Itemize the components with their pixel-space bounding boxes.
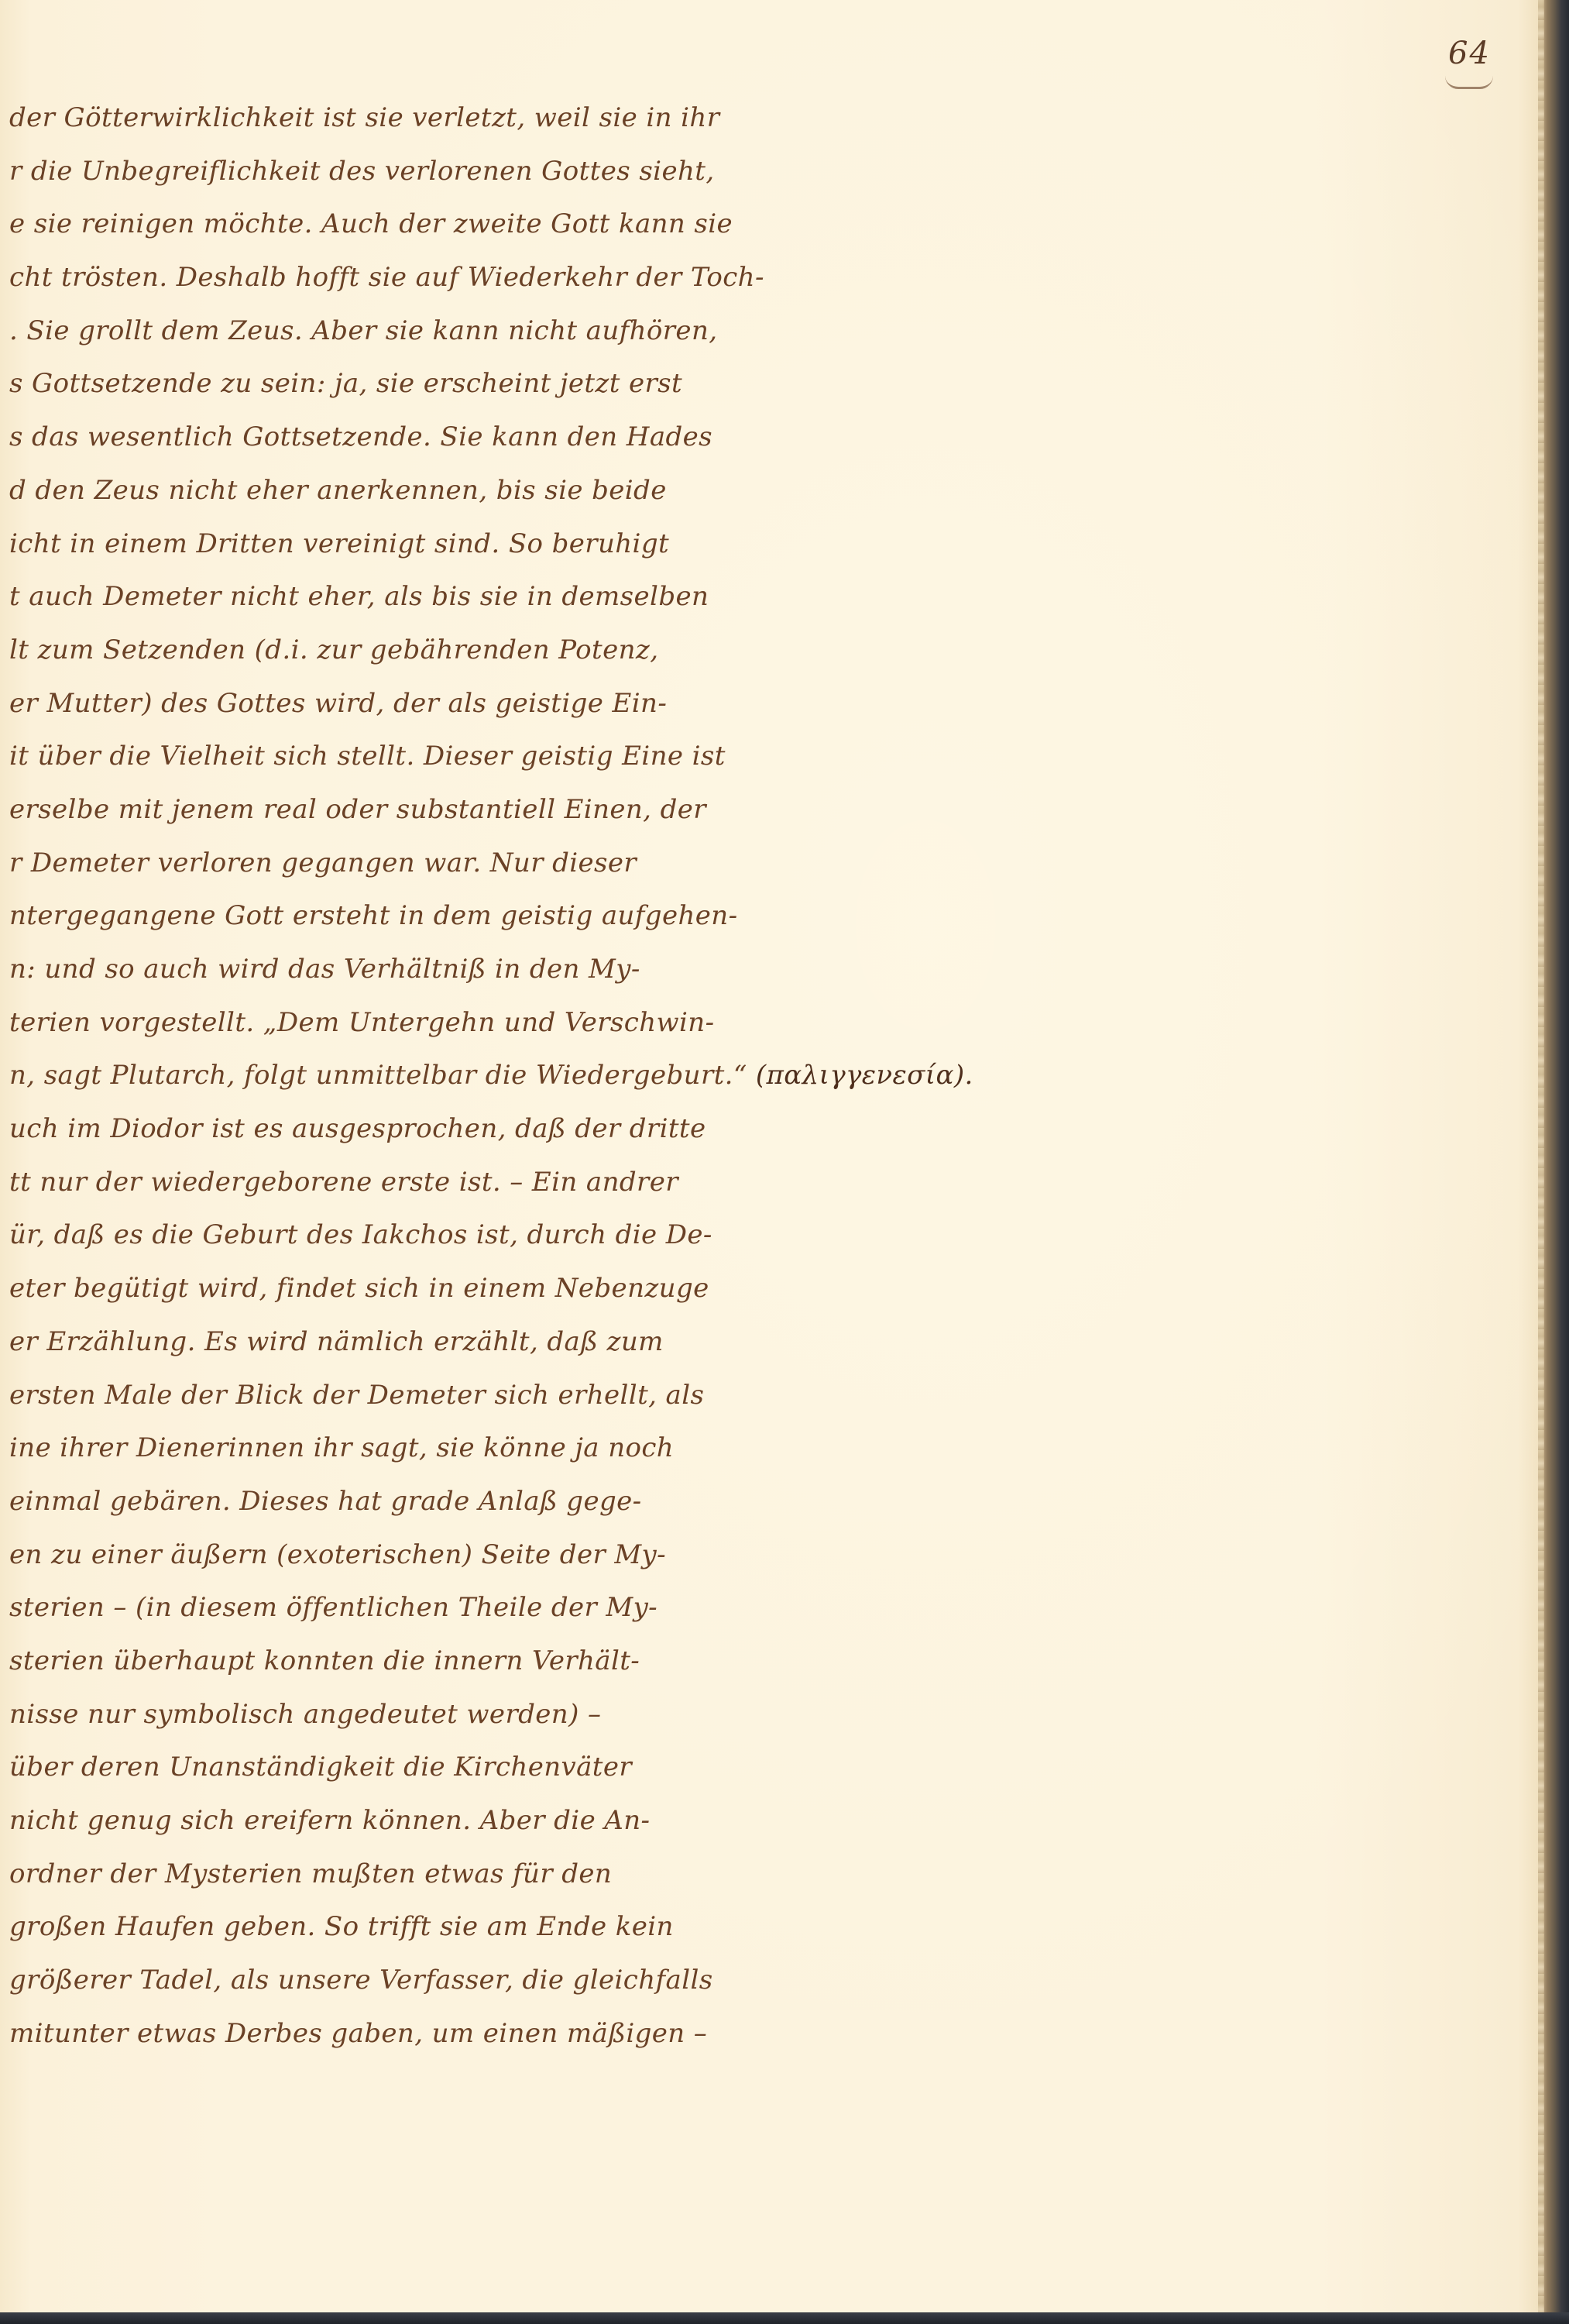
manuscript-line-36: größerer Tadel, als unsere Verfasser, di… bbox=[9, 1954, 1093, 2007]
manuscript-line-5: . Sie grollt dem Zeus. Aber sie kann nic… bbox=[9, 304, 1093, 358]
manuscript-line-37: mitunter etwas Derbes gaben, um einen mä… bbox=[9, 2007, 1093, 2061]
manuscript-line-7: s das wesentlich Gottsetzende. Sie kann … bbox=[9, 411, 1093, 464]
frayed-paper-edge bbox=[1538, 0, 1544, 2312]
manuscript-line-15: r Demeter verloren gegangen war. Nur die… bbox=[9, 837, 1093, 890]
manuscript-line-24: er Erzählung. Es wird nämlich erzählt, d… bbox=[9, 1315, 1093, 1369]
manuscript-line-10: t auch Demeter nicht eher, als bis sie i… bbox=[9, 570, 1093, 624]
manuscript-line-2: r die Unbegreiflichkeit des verlorenen G… bbox=[9, 145, 1093, 198]
manuscript-line-8: d den Zeus nicht eher anerkennen, bis si… bbox=[9, 464, 1093, 517]
manuscript-line-9: icht in einem Dritten vereinigt sind. So… bbox=[9, 517, 1093, 571]
manuscript-line-35: großen Haufen geben. So trifft sie am En… bbox=[9, 1900, 1093, 1954]
manuscript-line-33: nicht genug sich ereifern können. Aber d… bbox=[9, 1794, 1093, 1848]
manuscript-line-6: s Gottsetzende zu sein: ja, sie erschein… bbox=[9, 357, 1093, 411]
manuscript-line-16: ntergegangene Gott ersteht in dem geisti… bbox=[9, 889, 1093, 943]
book-binding-edge bbox=[1543, 0, 1569, 2324]
manuscript-line-26: ine ihrer Dienerinnen ihr sagt, sie könn… bbox=[9, 1422, 1093, 1475]
manuscript-text-block: der Götterwirklichkeit ist sie verletzt,… bbox=[9, 91, 1093, 2060]
manuscript-line-31: nisse nur symbolisch angedeutet werden) … bbox=[9, 1688, 1093, 1741]
manuscript-line-27: einmal gebären. Dieses hat grade Anlaß g… bbox=[9, 1475, 1093, 1528]
manuscript-line-12: er Mutter) des Gottes wird, der als geis… bbox=[9, 677, 1093, 731]
manuscript-line-18: terien vorgestellt. „Dem Untergehn und V… bbox=[9, 996, 1093, 1050]
manuscript-line-17: n: und so auch wird das Verhältniß in de… bbox=[9, 943, 1093, 996]
folio-number: 64 bbox=[1448, 36, 1491, 71]
manuscript-line-30: sterien überhaupt konnten die innern Ver… bbox=[9, 1635, 1093, 1688]
manuscript-line-20: uch im Diodor ist es ausgesprochen, daß … bbox=[9, 1102, 1093, 1156]
manuscript-line-14: erselbe mit jenem real oder substantiell… bbox=[9, 783, 1093, 837]
manuscript-line-11: lt zum Setzenden (d.i. zur gebährenden P… bbox=[9, 624, 1093, 677]
manuscript-line-22: ür, daß es die Geburt des Iakchos ist, d… bbox=[9, 1208, 1093, 1262]
manuscript-line-29: sterien – (in diesem öffentlichen Theile… bbox=[9, 1581, 1093, 1635]
manuscript-line-21: tt nur der wiedergeborene erste ist. – E… bbox=[9, 1156, 1093, 1209]
manuscript-line-4: cht trösten. Deshalb hofft sie auf Wiede… bbox=[9, 251, 1093, 304]
manuscript-line-32: über deren Unanständigkeit die Kirchenvä… bbox=[9, 1741, 1093, 1794]
manuscript-line-13: it über die Vielheit sich stellt. Dieser… bbox=[9, 730, 1093, 783]
folio-underline-flourish bbox=[1445, 76, 1493, 89]
manuscript-page: 64 der Götterwirklichkeit ist sie verlet… bbox=[0, 0, 1543, 2312]
manuscript-line-3: e sie reinigen möchte. Auch der zweite G… bbox=[9, 198, 1093, 251]
manuscript-line-19-text: n, sagt Plutarch, folgt unmittelbar die … bbox=[9, 1060, 747, 1091]
greek-gloss-palingenesia: (παλιγγενεσία). bbox=[756, 1060, 973, 1091]
manuscript-line-1: der Götterwirklichkeit ist sie verletzt,… bbox=[9, 91, 1093, 145]
manuscript-line-25: ersten Male der Blick der Demeter sich e… bbox=[9, 1369, 1093, 1422]
manuscript-line-34: ordner der Mysterien mußten etwas für de… bbox=[9, 1848, 1093, 1901]
manuscript-line-23: eter begütigt wird, findet sich in einem… bbox=[9, 1262, 1093, 1315]
manuscript-line-19: n, sagt Plutarch, folgt unmittelbar die … bbox=[9, 1049, 1093, 1102]
page-bottom-edge bbox=[0, 2312, 1569, 2324]
manuscript-line-28: en zu einer äußern (exoterischen) Seite … bbox=[9, 1528, 1093, 1582]
